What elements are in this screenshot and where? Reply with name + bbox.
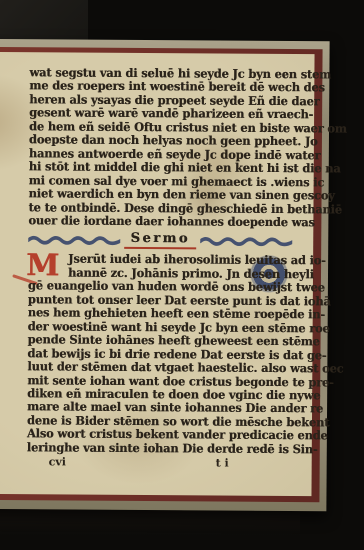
section-heading-row: Sermo — [28, 231, 292, 251]
text-line: leringhe van sinte iohan Die derde redē … — [27, 441, 291, 457]
book-page-stack-edge: c wat segstu van di seluē hi seyde Jc by… — [0, 39, 330, 512]
section-heading: Sermo — [124, 231, 196, 249]
text-line: ouer die iordane daer iohannes doepende … — [28, 214, 292, 230]
folio-row: cvi t i — [27, 455, 291, 470]
paragraph-sermon: M Jserūt iudei ab iherosolimis leuitas a… — [27, 253, 292, 457]
quire-signature: t i — [216, 457, 229, 470]
red-stained-edge: c wat segstu van di seluē hi seyde Jc by… — [0, 47, 323, 502]
folio-number: cvi — [49, 456, 66, 469]
paragraph-gospel: wat segstu van di seluē hi seyde Jc byn … — [28, 66, 293, 229]
text-block: wat segstu van di seluē hi seyde Jc byn … — [27, 66, 294, 470]
penwork-flourish-left-icon — [28, 234, 120, 247]
manuscript-page: c wat segstu van di seluē hi seyde Jc by… — [0, 52, 315, 496]
penwork-flourish-right-icon — [200, 235, 292, 248]
